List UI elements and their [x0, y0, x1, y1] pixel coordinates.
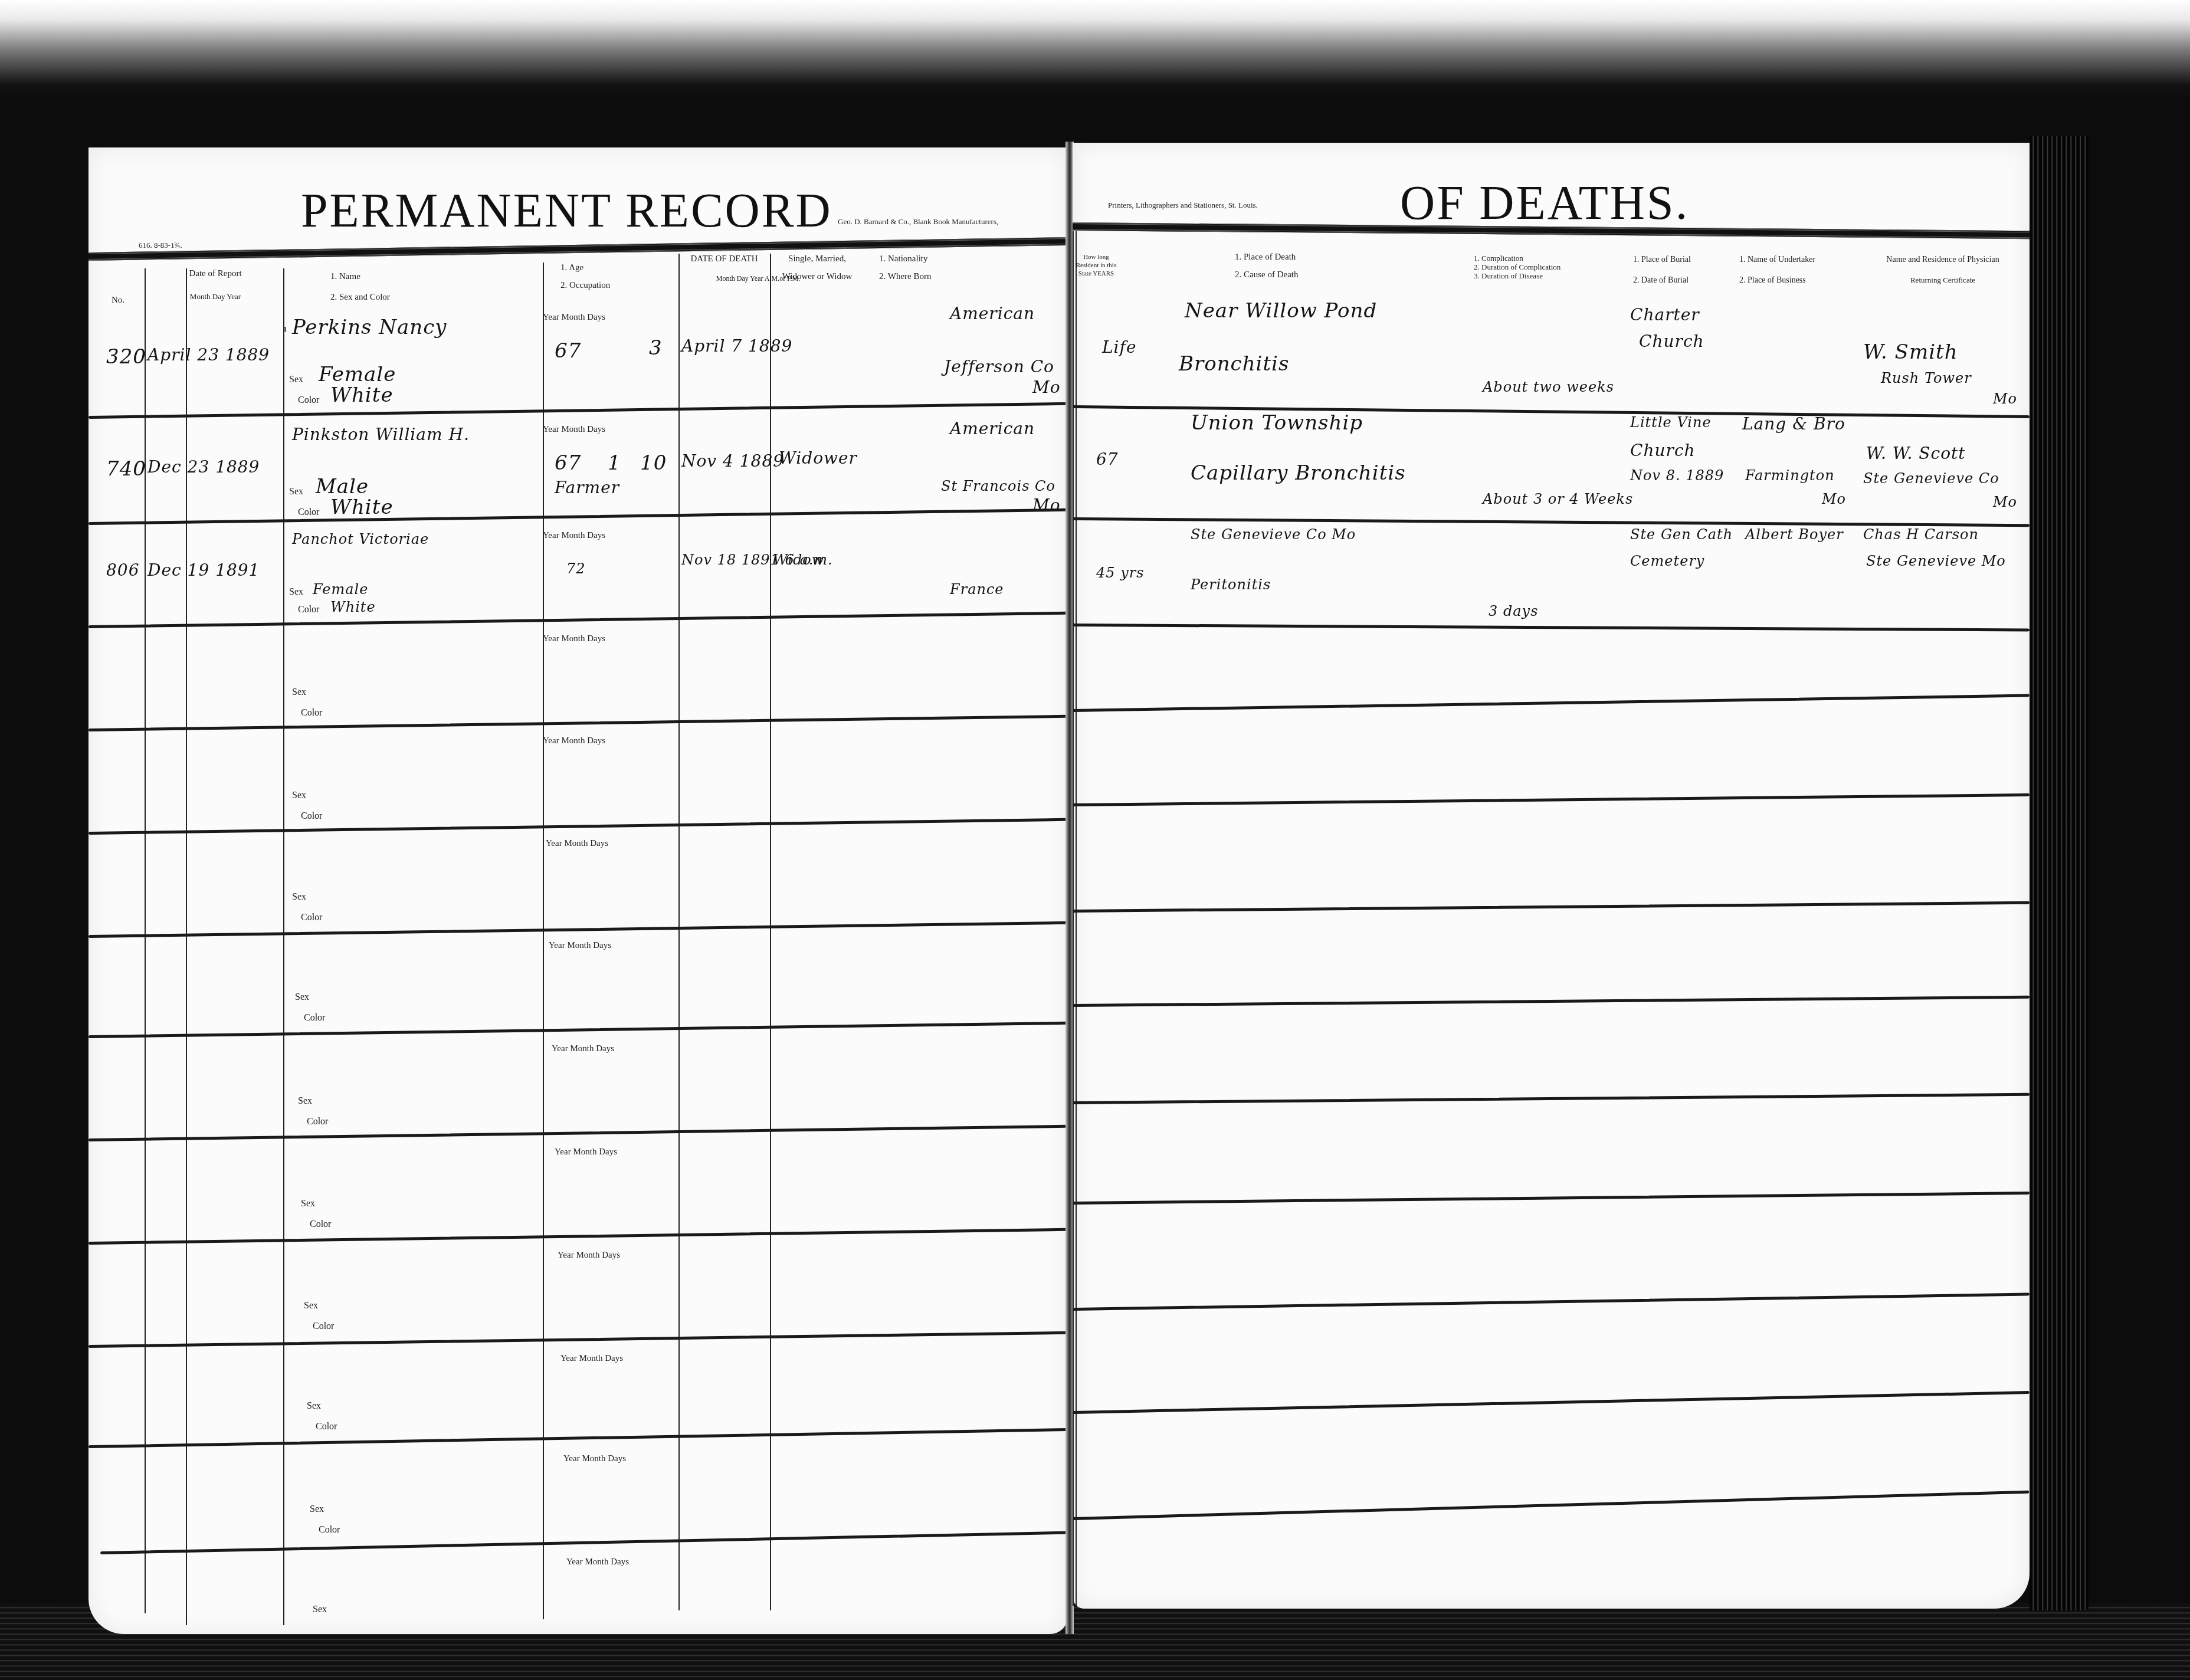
row-divider: [88, 1428, 1068, 1448]
color-label: Color: [313, 1321, 334, 1332]
marital-status: Widow: [773, 552, 824, 568]
age-units-label: Year Month Days: [543, 531, 605, 541]
header-place-of-burial: 1. Place of Burial: [1633, 255, 1691, 265]
nationality: American: [950, 304, 1035, 323]
column-divider: [543, 262, 544, 1619]
row-divider: [88, 402, 1068, 419]
place-of-death: Ste Genevieve Co Mo: [1191, 526, 1356, 543]
sex-label: Sex: [289, 587, 303, 598]
place-of-burial: Charter: [1630, 305, 1700, 324]
row-divider: [88, 508, 1068, 525]
sex-value: Female: [319, 363, 396, 386]
header-complication: 1. Complication: [1474, 254, 1523, 263]
where-born: St Francois Co: [941, 478, 1055, 494]
sex-label: Sex: [295, 992, 309, 1003]
header-age: 1. Age: [560, 262, 583, 274]
sex-label: Sex: [289, 487, 303, 497]
row-divider: [88, 818, 1068, 835]
physician-state: Mo: [1993, 391, 2017, 407]
color-label: Color: [307, 1117, 328, 1127]
residence-duration: Life: [1102, 337, 1136, 357]
color-value: White: [330, 383, 394, 407]
place-of-burial-line-2: Cemetery: [1630, 553, 1704, 569]
header-sex-color: 2. Sex and Color: [330, 292, 390, 303]
place-of-business-state: Mo: [1822, 491, 1846, 507]
date-of-report: April 23 1889: [147, 345, 270, 365]
scan-background-top: [0, 0, 2190, 100]
physician-name: W. W. Scott: [1866, 444, 1966, 463]
age-units-label: Year Month Days: [566, 1557, 629, 1567]
header-cause-of-death: 2. Cause of Death: [1235, 270, 1298, 281]
line-number: 1: [283, 324, 287, 334]
age-units-label: Year Month Days: [558, 1251, 620, 1261]
row-divider: [88, 1228, 1068, 1245]
date-of-death: April 7 1889: [681, 336, 792, 356]
record-number: 806: [106, 560, 139, 580]
sex-label: Sex: [292, 687, 306, 698]
color-label: Color: [301, 913, 322, 923]
age-units-label: Year Month Days: [552, 1044, 614, 1054]
row-divider: [88, 715, 1068, 731]
header-physician-sub: Returning Certificate: [1863, 275, 2022, 285]
sex-label: Sex: [292, 790, 306, 801]
header-undertaker: 1. Name of Undertaker: [1739, 255, 1815, 265]
date-of-death: Nov 4 1889: [681, 451, 784, 471]
cause-of-death: Peritonitis: [1191, 576, 1271, 593]
place-of-death: Near Willow Pond: [1185, 299, 1377, 323]
column-divider: [678, 254, 680, 1610]
undertaker-name: Lang & Bro: [1742, 414, 1845, 434]
publisher-right: Printers, Lithographers and Stationers, …: [1108, 201, 1258, 210]
color-value: White: [330, 496, 394, 519]
header-no: No.: [94, 295, 142, 306]
date-of-report: Dec 19 1891: [147, 560, 260, 580]
sex-label: Sex: [313, 1604, 327, 1615]
header-marital: Single, Married,: [773, 254, 861, 265]
age-units-label: Year Month Days: [555, 1147, 617, 1157]
row-divider: [1073, 1093, 2030, 1104]
age-years: 67: [555, 451, 581, 475]
header-date-of-death: DATE OF DEATH: [678, 254, 770, 265]
row-divider: [1073, 624, 2030, 631]
header-place-of-business: 2. Place of Business: [1739, 275, 1806, 286]
place-of-burial-line-2: Church: [1630, 441, 1696, 460]
physician-residence: Ste Genevieve Mo: [1866, 553, 2006, 569]
physician-residence: Rush Tower: [1881, 370, 1972, 386]
row-divider: [88, 1125, 1068, 1141]
book-page-edges: [2030, 136, 2089, 1610]
header-physician: Name and Residence of Physician: [1863, 255, 2022, 265]
record-number: 320: [106, 345, 146, 369]
record-number: 740: [106, 457, 146, 481]
deceased-name: Perkins Nancy: [292, 316, 447, 339]
color-label: Color: [298, 507, 319, 518]
nationality: American: [950, 419, 1035, 438]
place-of-burial: Little Vine: [1630, 414, 1712, 431]
color-value: White: [330, 599, 376, 615]
column-divider: [1073, 231, 1074, 1606]
color-label: Color: [301, 811, 322, 822]
color-label: Color: [298, 395, 319, 406]
color-label: Color: [319, 1525, 340, 1535]
duration-of-disease: About two weeks: [1483, 379, 1614, 395]
row-divider: [88, 921, 1068, 938]
deceased-name: Panchot Victoriae: [292, 531, 429, 547]
header-name: 1. Name: [330, 271, 360, 283]
header-residence: How long Resident in this State YEARS: [1076, 254, 1117, 278]
header-duration-complication: 2. Duration of Complication: [1474, 262, 1560, 272]
duration-of-disease: 3 days: [1489, 603, 1538, 619]
sex-label: Sex: [301, 1199, 315, 1209]
page-title-right: OF DEATHS.: [1400, 175, 1689, 231]
cause-of-death: Bronchitis: [1179, 352, 1289, 376]
header-marital-2: Widower or Widow: [773, 271, 861, 283]
row-divider: [1073, 694, 2030, 712]
duration-of-disease: About 3 or 4 Weeks: [1483, 491, 1633, 507]
color-label: Color: [298, 605, 319, 615]
row-divider: [88, 612, 1068, 628]
row-divider: [1073, 517, 2030, 527]
age-months: 1: [608, 451, 621, 475]
where-born: France: [950, 581, 1004, 598]
ledger-right-page: Printers, Lithographers and Stationers, …: [1073, 143, 2030, 1609]
marital-status: Widower: [779, 448, 857, 468]
physician-name: W. Smith: [1863, 340, 1958, 364]
color-label: Color: [301, 708, 322, 718]
header-duration-disease: 3. Duration of Disease: [1474, 271, 1543, 281]
row-divider: [1073, 996, 2030, 1007]
occupation: Farmer: [555, 478, 619, 497]
deceased-name: Pinkston William H.: [292, 425, 470, 444]
where-born: Jefferson Co: [944, 357, 1054, 376]
publisher-left: Geo. D. Barnard & Co., Blank Book Manufa…: [838, 217, 998, 227]
age-units-label: Year Month Days: [543, 313, 605, 323]
age-units-label: Year Month Days: [543, 736, 605, 746]
cause-of-death: Capillary Bronchitis: [1191, 461, 1406, 485]
page-title-left: PERMANENT RECORD: [301, 183, 832, 238]
physician-name: Chas H Carson: [1863, 526, 1979, 543]
form-number: 616. 8-83-1¾.: [139, 241, 182, 250]
date-of-burial: Nov 8. 1889: [1630, 467, 1724, 484]
age-years: 72: [566, 560, 586, 577]
row-divider: [88, 1022, 1068, 1038]
age-units-label: Year Month Days: [549, 941, 611, 951]
sex-label: Sex: [310, 1504, 324, 1515]
row-divider: [1073, 1192, 2030, 1205]
row-divider: [88, 1331, 1068, 1348]
header-where-born: 2. Where Born: [879, 271, 931, 283]
place-of-burial-line-2: Church: [1639, 332, 1704, 351]
place-of-death: Union Township: [1191, 411, 1363, 435]
header-occupation: 2. Occupation: [560, 280, 610, 291]
age-days: 3: [649, 336, 663, 360]
header-nationality: 1. Nationality: [879, 254, 928, 265]
place-of-burial: Ste Gen Cath: [1630, 526, 1733, 543]
sex-label: Sex: [307, 1401, 321, 1412]
age-years: 67: [555, 339, 581, 363]
header-date-of-burial: 2. Date of Burial: [1633, 275, 1689, 286]
physician-state: Mo: [1993, 494, 2017, 510]
header-date-of-report-sub: Month Day Year: [147, 292, 283, 301]
place-of-business: Farmington: [1745, 467, 1835, 484]
column-divider: [1076, 231, 1077, 1606]
sex-value: Female: [313, 581, 369, 598]
color-label: Color: [310, 1219, 331, 1230]
sex-label: Sex: [289, 375, 303, 385]
physician-residence: Ste Genevieve Co: [1863, 470, 1999, 487]
age-units-label: Year Month Days: [546, 839, 608, 849]
row-divider: [1073, 901, 2030, 913]
age-days: 10: [640, 451, 667, 475]
residence-duration: 67: [1096, 449, 1119, 469]
color-label: Color: [316, 1422, 337, 1432]
row-divider: [1073, 1293, 2030, 1311]
age-units-label: Year Month Days: [560, 1354, 623, 1364]
sex-label: Sex: [298, 1096, 312, 1107]
age-units-label: Year Month Days: [543, 425, 605, 435]
sex-value: Male: [316, 475, 369, 498]
color-label: Color: [304, 1013, 325, 1023]
undertaker-name: Albert Boyer: [1745, 526, 1844, 543]
age-units-label: Year Month Days: [543, 634, 605, 644]
date-of-report: Dec 23 1889: [147, 457, 260, 477]
header-place-of-death: 1. Place of Death: [1235, 252, 1296, 263]
sex-label: Sex: [292, 892, 306, 903]
where-born-state: Mo: [1032, 496, 1061, 515]
age-units-label: Year Month Days: [563, 1454, 626, 1464]
header-date-of-report: Date of Report: [147, 268, 283, 280]
row-divider: [1073, 1391, 2030, 1414]
where-born-state: Mo: [1032, 378, 1061, 397]
ledger-left-page: PERMANENT RECORD Geo. D. Barnard & Co., …: [88, 147, 1068, 1634]
row-divider: [1073, 1491, 2030, 1520]
row-divider: [1073, 793, 2030, 806]
sex-label: Sex: [304, 1301, 318, 1311]
column-divider: [283, 268, 284, 1625]
residence-duration: 45 yrs: [1096, 565, 1145, 581]
row-divider: [100, 1531, 1068, 1554]
